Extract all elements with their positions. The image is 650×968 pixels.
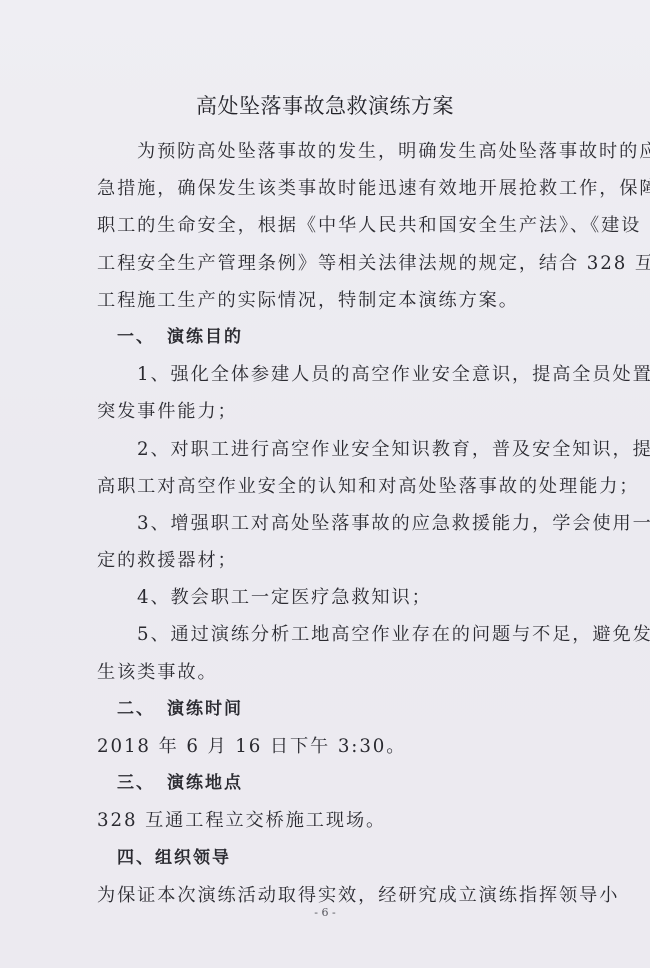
section-number: 三、 (117, 773, 155, 793)
section-heading: 一、演练目的 (97, 319, 559, 356)
intro-line: 工程安全生产管理条例》等相关法律法规的规定，结合 328 互通 (97, 245, 559, 282)
section-drill-purpose: 一、演练目的 1、强化全体参建人员的高空作业安全意识，提高全员处置 突发事件能力… (97, 319, 559, 691)
section-heading-text: 演练时间 (167, 699, 243, 719)
list-item: 1、强化全体参建人员的高空作业安全意识，提高全员处置 (97, 356, 559, 393)
section-heading-text: 组织领导 (155, 848, 231, 868)
list-item-continuation: 定的救援器材； (97, 542, 559, 579)
intro-paragraph: 为预防高处坠落事故的发生，明确发生高处坠落事故时的应 急措施，确保发生该类事故时… (97, 133, 559, 319)
section-organization-leadership: 四、组织领导 为保证本次演练活动取得实效，经研究成立演练指挥领导小 (97, 840, 559, 914)
section-heading: 四、组织领导 (97, 840, 559, 877)
list-item-continuation: 生该类事故。 (97, 654, 559, 691)
section-heading-text: 演练目的 (167, 327, 243, 347)
drill-location-text: 328 互通工程立交桥施工现场。 (97, 802, 559, 839)
section-number: 四、 (117, 848, 155, 868)
document-page: 高处坠落事故急救演练方案 为预防高处坠落事故的发生，明确发生高处坠落事故时的应 … (0, 0, 650, 968)
section-heading: 二、演练时间 (97, 691, 559, 728)
intro-line: 急措施，确保发生该类事故时能迅速有效地开展抢救工作，保障 (97, 170, 559, 207)
document-title: 高处坠落事故急救演练方案 (0, 90, 650, 120)
intro-line: 为预防高处坠落事故的发生，明确发生高处坠落事故时的应 (97, 133, 559, 170)
section-number: 一、 (117, 327, 155, 347)
page-number: - 6 - (0, 906, 650, 919)
section-drill-time: 二、演练时间 2018 年 6 月 16 日下午 3:30。 (97, 691, 559, 765)
list-item: 3、增强职工对高处坠落事故的应急救援能力，学会使用一 (97, 505, 559, 542)
section-number: 二、 (117, 699, 155, 719)
list-item-continuation: 高职工对高空作业安全的认知和对高处坠落事故的处理能力； (97, 468, 559, 505)
list-item: 5、通过演练分析工地高空作业存在的问题与不足，避免发 (97, 616, 559, 653)
list-item: 2、对职工进行高空作业安全知识教育，普及安全知识，提 (97, 431, 559, 468)
list-item: 4、教会职工一定医疗急救知识； (97, 579, 559, 616)
section-heading: 三、演练地点 (97, 765, 559, 802)
section-drill-location: 三、演练地点 328 互通工程立交桥施工现场。 (97, 765, 559, 839)
intro-line: 职工的生命安全，根据《中华人民共和国安全生产法》、《建设 (97, 207, 559, 244)
drill-time-text: 2018 年 6 月 16 日下午 3:30。 (97, 728, 559, 765)
document-body: 为预防高处坠落事故的发生，明确发生高处坠落事故时的应 急措施，确保发生该类事故时… (97, 133, 559, 914)
section-heading-text: 演练地点 (167, 773, 243, 793)
list-item-continuation: 突发事件能力； (97, 393, 559, 430)
intro-line: 工程施工生产的实际情况，特制定本演练方案。 (97, 282, 559, 319)
